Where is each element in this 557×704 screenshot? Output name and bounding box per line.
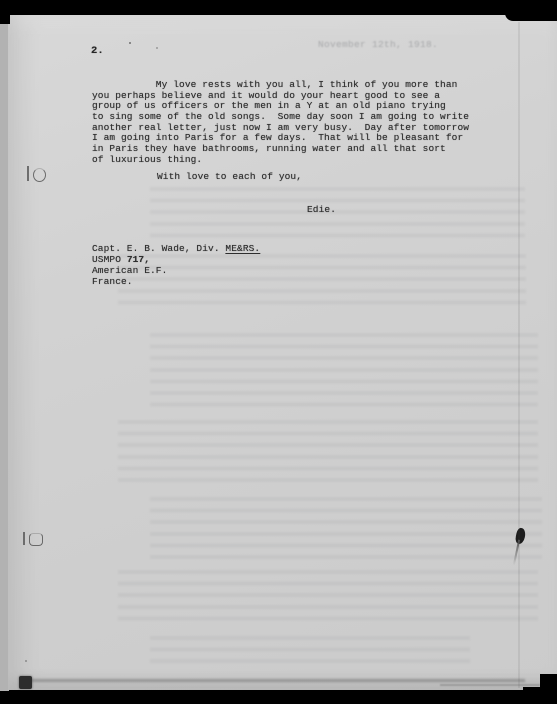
ghost-date-line: November 12th, 1918. [318,39,438,50]
address-line3: American E.F. [92,265,167,276]
ghost-text-block [150,636,470,666]
address-block: Capt. E. B. Wade, Div. ME&RS. USMPO 717,… [92,243,260,287]
page-crease [518,22,520,688]
ghost-text-block [118,420,538,488]
punch-hole-mark [29,533,43,546]
edge-ink-blob [19,676,32,689]
scan-border-top-right [505,0,557,21]
address-line2: USMPO 717, [92,254,150,265]
ghost-text-block [150,497,542,563]
page-edge-shadow [30,679,525,682]
letter-body: My love rests with you all, I think of y… [92,80,469,165]
division-abbr: ME&RS. [225,243,260,254]
closing-line: With love to each of you, [157,172,302,183]
scan-border-top [0,0,557,15]
address-line4: France. [92,276,133,287]
dust-speck [345,118,347,120]
punch-hole-mark [23,532,25,545]
dust-speck [25,660,27,662]
dust-speck [156,47,158,49]
address-line1: Capt. E. B. Wade, Div. ME&RS. [92,243,260,254]
page-number: 2. [91,46,104,57]
scan-border-bottom [0,691,557,704]
dust-speck [129,42,131,44]
punch-hole-mark [33,168,46,182]
ghost-text-block [150,333,538,413]
scan-border-top-left [0,0,10,24]
page-edge-shadow [440,684,540,686]
signature: Edie. [307,205,336,216]
punch-hole-mark [27,166,29,181]
scan-border-corner-step [523,687,557,704]
ghost-text-block [150,187,525,245]
ghost-text-block [118,570,538,626]
apo-number: 717, [127,254,150,265]
